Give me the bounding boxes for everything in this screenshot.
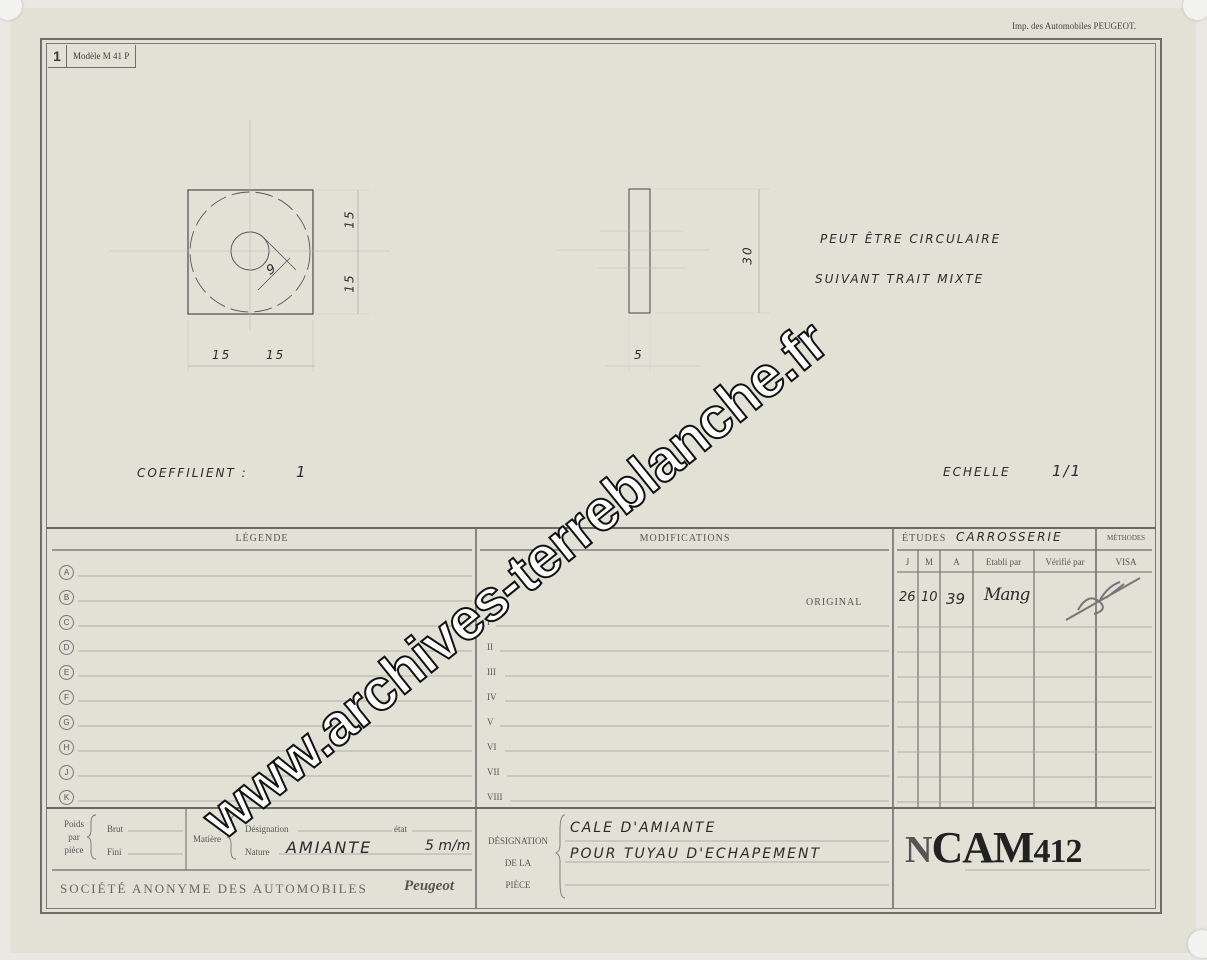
material-thickness: 5 m/m	[425, 838, 470, 854]
designation-piece-label: DÉSIGNATION DE LA PIÈCE	[483, 830, 553, 896]
brut-label: Brut	[107, 824, 123, 834]
fini-label: Fini	[107, 847, 122, 857]
piece-name-line-1: CALE D'AMIANTE	[570, 820, 716, 836]
nature-value: AMIANTE	[286, 838, 372, 857]
etat-label: état	[394, 824, 407, 834]
designation-line-2: DE LA	[483, 852, 553, 874]
peugeot-logo: Peugeot	[404, 878, 454, 895]
part-number: NCAM412	[905, 822, 1082, 873]
poids-line-3: pièce	[58, 844, 90, 857]
designation-line-1: DÉSIGNATION	[483, 830, 553, 852]
part-prefix: N	[905, 829, 931, 871]
nature-label: Nature	[245, 847, 270, 857]
company-name: SOCIÉTÉ ANONYME DES AUTOMOBILES	[60, 881, 368, 897]
poids-label: Poids par pièce	[58, 818, 90, 857]
part-code: CAM	[931, 823, 1033, 872]
designation-line-3: PIÈCE	[483, 874, 553, 896]
part-digits: 412	[1034, 833, 1082, 870]
poids-line-2: par	[58, 831, 90, 844]
piece-name-line-2: POUR TUYAU D'ECHAPEMENT	[570, 846, 821, 862]
matiere-label: Matière	[193, 834, 221, 844]
poids-line-1: Poids	[58, 818, 90, 831]
